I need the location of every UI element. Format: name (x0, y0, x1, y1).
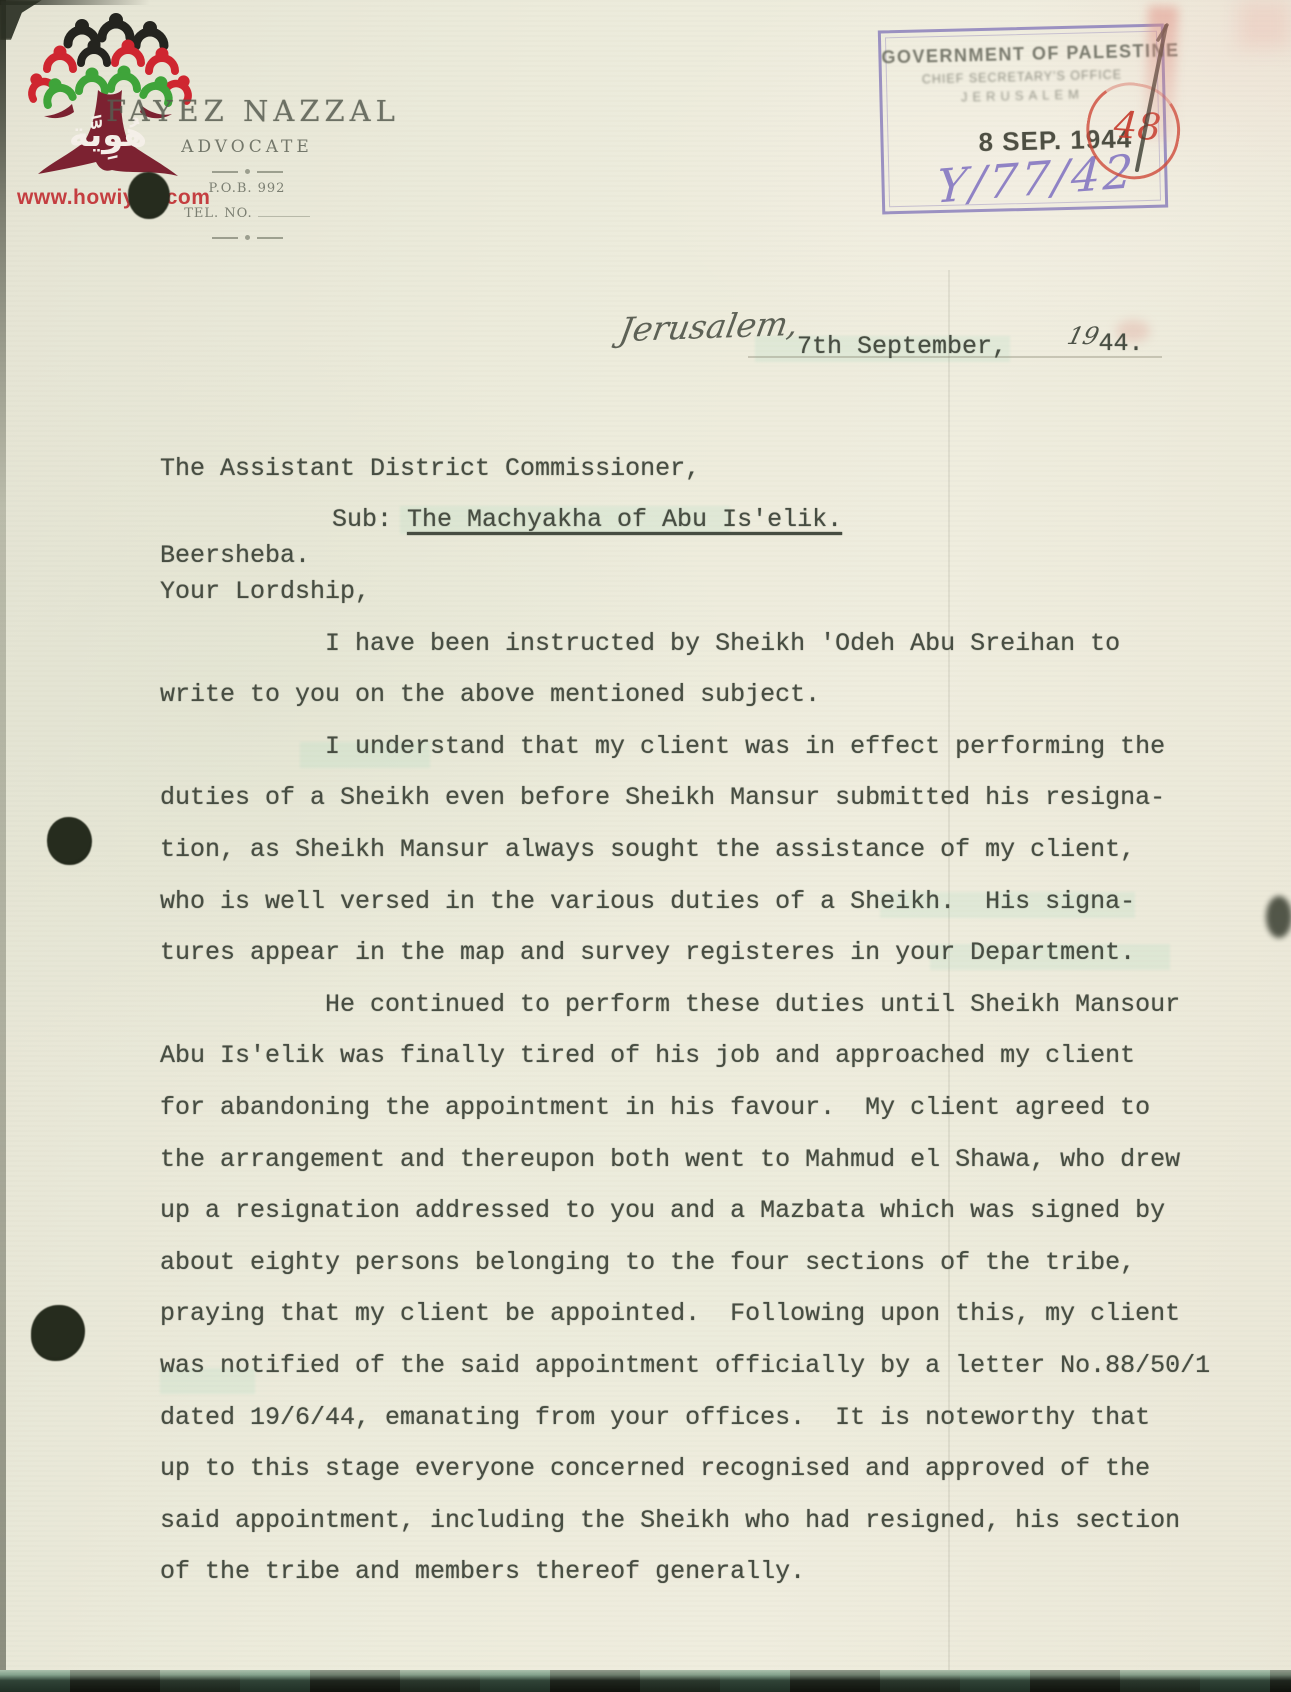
ornament-divider (106, 235, 388, 240)
scanned-letter-page: هُوِيَّة www.howiyya.com FAYEZ NAZZAL AD… (0, 0, 1291, 1692)
scan-edge-bottom-bar (0, 1670, 1291, 1692)
letter-line: I understand that my client was in effec… (160, 721, 1260, 773)
letterhead-name: FAYEZ NAZZAL (106, 94, 388, 128)
letter-line: for abandoning the appointment in his fa… (160, 1082, 1260, 1134)
letter-line: tion, as Sheikh Mansur always sought the… (160, 824, 1260, 876)
letter-line: who is well versed in the various duties… (160, 876, 1260, 928)
letter-body: Your Lordship, I have been instructed by… (160, 566, 1260, 1598)
dateline-typed-date: 7th September, (797, 332, 1007, 361)
letter-line: of the tribe and members thereof general… (160, 1546, 1260, 1598)
letter-line: up to this stage everyone concerned reco… (160, 1443, 1260, 1495)
letter-line: praying that my client be appointed. Fol… (160, 1288, 1260, 1340)
letter-line: tures appear in the map and survey regis… (160, 927, 1260, 979)
paper-crease (948, 270, 950, 1670)
recipient-line: The Assistant District Commissioner, (160, 454, 700, 483)
letter-line: dated 19/6/44, emanating from your offic… (160, 1392, 1260, 1444)
ink-blot (31, 1305, 85, 1361)
letter-line: I have been instructed by Sheikh 'Odeh A… (160, 618, 1260, 670)
letter-line: up a resignation addressed to you and a … (160, 1185, 1260, 1237)
letter-line: Your Lordship, (160, 566, 1260, 618)
year-script-19: 19 (1065, 322, 1103, 350)
letter-line: duties of a Sheikh even before Sheikh Ma… (160, 772, 1260, 824)
subject-text: The Machyakha of Abu Is'elik. (407, 505, 842, 534)
letterhead-title: ADVOCATE (106, 137, 388, 157)
ink-blot (128, 172, 170, 219)
ink-blot (47, 817, 92, 865)
letter-line: write to you on the above mentioned subj… (160, 669, 1260, 721)
scan-edge-left (0, 0, 6, 1692)
pink-ink-smudge (1144, 6, 1179, 142)
subject-line: Sub: The Machyakha of Abu Is'elik. (332, 505, 842, 534)
subject-label: Sub: (332, 505, 407, 534)
pen-stroke-marks (1080, 10, 1200, 190)
letter-line: was notified of the said appointment off… (160, 1340, 1260, 1392)
year-typed-44: 44. (1099, 329, 1144, 358)
dateline-place-script: Jerusalem, (617, 304, 802, 349)
dateline-year: 1944. (1068, 322, 1144, 358)
letter-line: the arrangement and thereupon both went … (160, 1134, 1260, 1186)
scan-edge-smudge (1266, 896, 1291, 938)
letter-line: said appointment, including the Sheikh w… (160, 1495, 1260, 1547)
letter-line: He continued to perform these duties unt… (160, 979, 1260, 1031)
pink-corner-smudge (1238, 0, 1291, 48)
letter-line: Abu Is'elik was finally tired of his job… (160, 1030, 1260, 1082)
letter-line: about eighty persons belonging to the fo… (160, 1237, 1260, 1289)
